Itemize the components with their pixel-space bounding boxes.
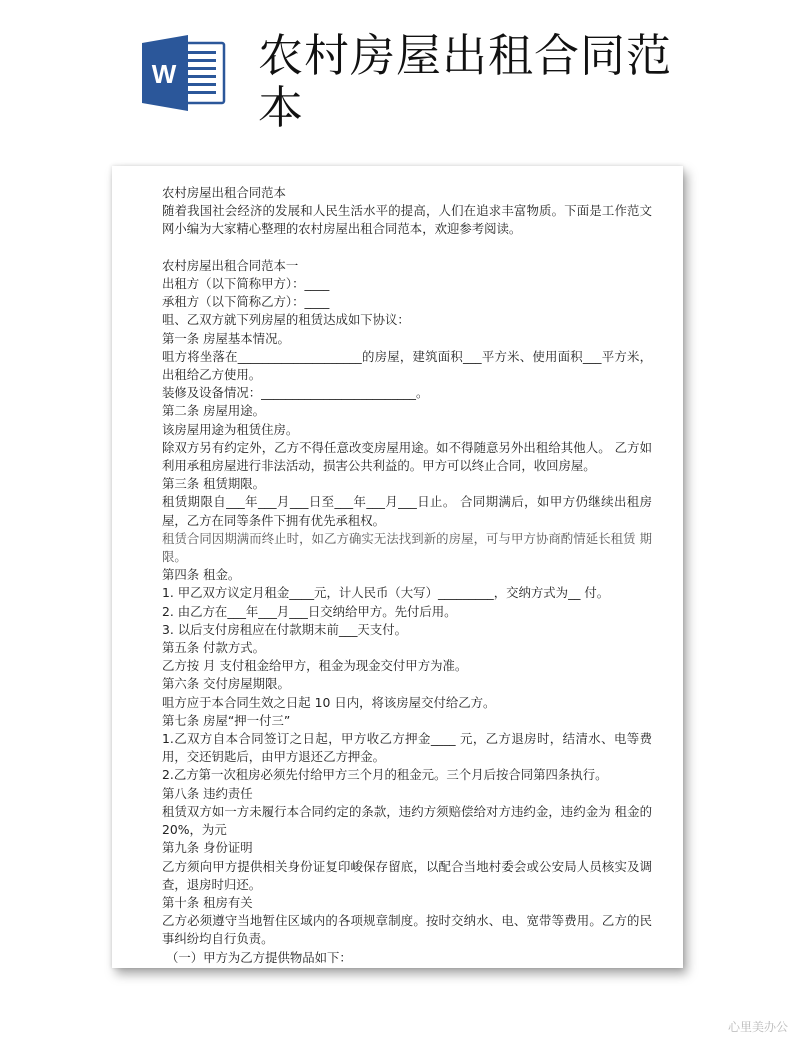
header: W 农村房屋出租合同范本	[0, 0, 800, 150]
document-paragraph: 第一条 房屋基本情况。	[162, 330, 652, 348]
header-title: 农村房屋出租合同范本	[258, 30, 688, 134]
document-paragraph: 第三条 租赁期限。	[162, 475, 652, 493]
document-paragraph: 乙方必须遵守当地暂住区域内的各项规章制度。按时交纳水、电、宽带等费用。乙方的民事…	[162, 912, 652, 948]
document-paragraph: 随着我国社会经济的发展和人民生活水平的提高，人们在追求丰富物质。下面是工作范文网…	[162, 202, 652, 238]
document-paragraph: 第六条 交付房屋期限。	[162, 675, 652, 693]
blank-line	[162, 239, 652, 257]
document-paragraph: 第九条 身份证明	[162, 839, 652, 857]
document-paragraph: 除双方另有约定外，乙方不得任意改变房屋用途。如不得随意另外出租给其他人。 乙方如…	[162, 439, 652, 475]
document-title: 农村房屋出租合同范本	[162, 184, 652, 202]
document-paragraph: 租赁双方如一方未履行本合同约定的条款，违约方须赔偿给对方违约金，违约金为 租金的…	[162, 803, 652, 839]
document-paragraph: 1. 甲乙双方议定月租金____元，计人民币（大写）_________，交纳方式…	[162, 584, 652, 602]
document-page: 农村房屋出租合同范本 随着我国社会经济的发展和人民生活水平的提高，人们在追求丰富…	[112, 166, 683, 968]
document-paragraph: 承租方（以下简称乙方）：____	[162, 293, 652, 311]
document-paragraph: 2.乙方第一次租房必须先付给甲方三个月的租金元。三个月后按合同第四条执行。	[162, 766, 652, 784]
document-paragraph: 第四条 租金。	[162, 566, 652, 584]
document-paragraph: 2. 由乙方在___年___月___日交纳给甲方。先付后用。	[162, 603, 652, 621]
document-paragraph: 第八条 违约责任	[162, 785, 652, 803]
document-paragraph: 咀方应于本合同生效之日起 10 日内，将该房屋交付给乙方。	[162, 694, 652, 712]
document-paragraph: 咀、乙双方就下列房屋的租赁达成如下协议：	[162, 311, 652, 329]
document-paragraph: 该房屋用途为租赁住房。	[162, 421, 652, 439]
document-paragraph: 农村房屋出租合同范本一	[162, 257, 652, 275]
document-paragraph: 第五条 付款方式。	[162, 639, 652, 657]
document-paragraph: 出租方（以下简称甲方）：____	[162, 275, 652, 293]
document-paragraph: 3. 以后支付房租应在付款期末前___天支付。	[162, 621, 652, 639]
document-paragraph: 第十条 租房有关	[162, 894, 652, 912]
document-paragraph: 租赁期限自___年___月___日至___年___月___日止。 合同期满后，如…	[162, 493, 652, 529]
document-paragraph: 1.乙双方自本合同签订之日起，甲方收乙方押金____ 元，乙方退房时，结清水、电…	[162, 730, 652, 766]
word-document-icon: W	[142, 35, 226, 111]
document-paragraph: 租赁合同因期满而终止时，如乙方确实无法找到新的房屋，可与甲方协商酌情延长租赁 期…	[162, 530, 652, 566]
document-body: 农村房屋出租合同范本 随着我国社会经济的发展和人民生活水平的提高，人们在追求丰富…	[162, 184, 652, 968]
watermark: 心里美办公	[728, 1018, 788, 1035]
document-paragraph: 咀方将坐落在____________________的房屋，建筑面积___平方米…	[162, 348, 652, 384]
document-paragraph: 第七条 房屋“押一付三”	[162, 712, 652, 730]
document-paragraph: 第二条 房屋用途。	[162, 402, 652, 420]
document-paragraph: (1)	[162, 967, 652, 968]
document-paragraph: 装修及设备情况：_________________________。	[162, 384, 652, 402]
document-paragraph: 乙方按 月 支付租金给甲方，租金为现金交付甲方为准。	[162, 657, 652, 675]
document-paragraph: （一）甲方为乙方提供物品如下：	[162, 949, 652, 967]
document-paragraph: 乙方须向甲方提供相关身份证复印峻保存留底，以配合当地村委会或公安局人员核实及调查…	[162, 858, 652, 894]
svg-text:W: W	[152, 59, 177, 89]
